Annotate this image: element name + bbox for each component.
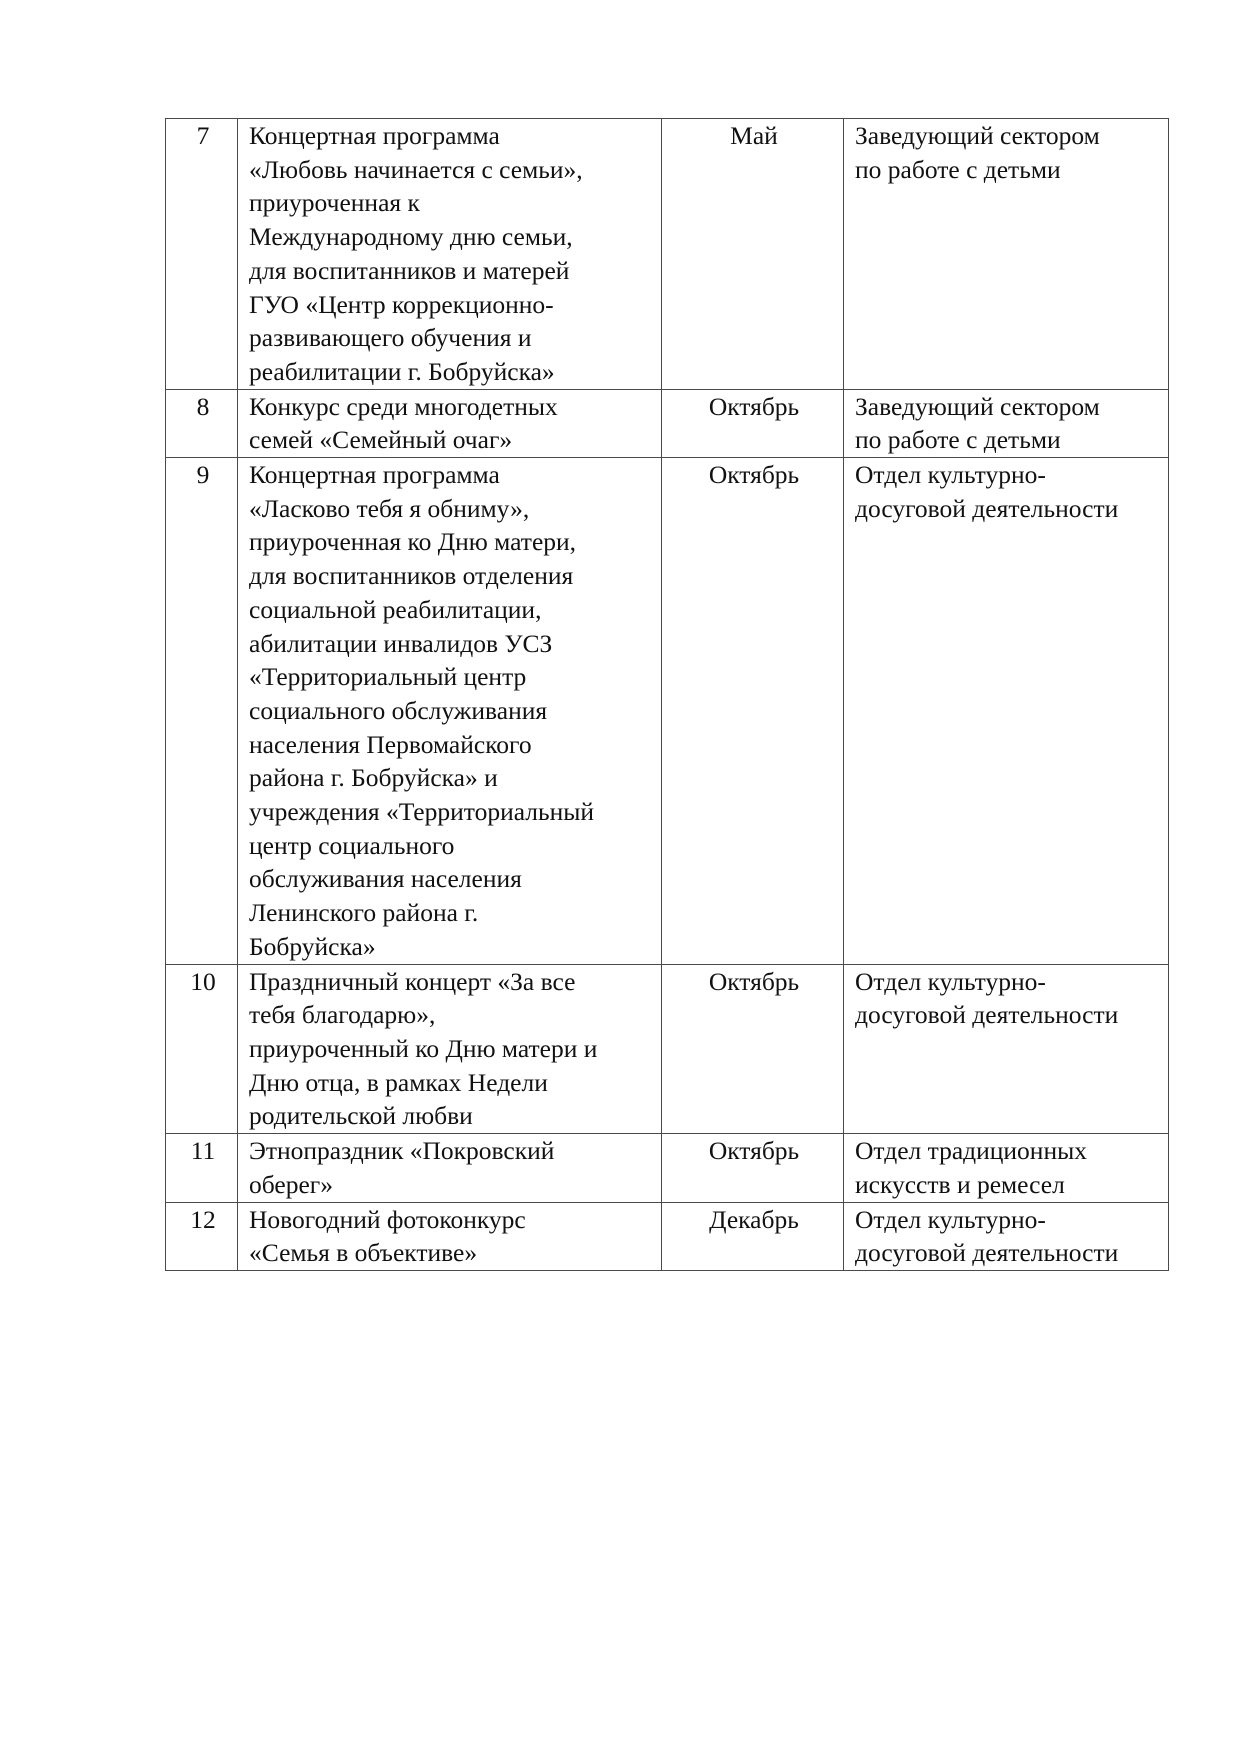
event-text-line: ГУО «Центр коррекционно- (249, 288, 653, 322)
event-date: Декабрь (662, 1202, 844, 1270)
row-number: 8 (166, 389, 238, 457)
event-date: Октябрь (662, 964, 844, 1134)
responsible-text-line: по работе с детьми (855, 423, 1160, 457)
event-text-line: социальной реабилитации, (249, 593, 653, 627)
responsible-text-line: по работе с детьми (855, 153, 1160, 187)
responsible-party: Отдел культурно-досуговой деятельности (844, 458, 1169, 965)
event-text-line: социального обслуживания (249, 694, 653, 728)
responsible-text-line: Заведующий сектором (855, 119, 1160, 153)
event-text-line: приуроченный ко Дню матери и (249, 1032, 653, 1066)
event-text-line: для воспитанников отделения (249, 559, 653, 593)
responsible-text-line: досуговой деятельности (855, 492, 1160, 526)
responsible-text-line: искусств и ремесел (855, 1168, 1160, 1202)
event-description: Новогодний фотоконкурс«Семья в объективе… (238, 1202, 662, 1270)
event-date: Октябрь (662, 1134, 844, 1202)
event-text-line: района г. Бобруйска» и (249, 761, 653, 795)
events-table: 7Концертная программа«Любовь начинается … (165, 118, 1169, 1271)
event-text-line: оберег» (249, 1168, 653, 1202)
event-description: Праздничный концерт «За всетебя благодар… (238, 964, 662, 1134)
event-text-line: «Семья в объективе» (249, 1236, 653, 1270)
events-table-body: 7Концертная программа«Любовь начинается … (166, 119, 1169, 1271)
event-description: Этнопраздник «Покровскийоберег» (238, 1134, 662, 1202)
row-number: 9 (166, 458, 238, 965)
event-text-line: семей «Семейный очаг» (249, 423, 653, 457)
event-text-line: центр социального (249, 829, 653, 863)
table-row: 12Новогодний фотоконкурс«Семья в объекти… (166, 1202, 1169, 1270)
row-number: 12 (166, 1202, 238, 1270)
responsible-party: Заведующий секторомпо работе с детьми (844, 389, 1169, 457)
responsible-party: Отдел традиционныхискусств и ремесел (844, 1134, 1169, 1202)
event-text-line: Концертная программа (249, 458, 653, 492)
event-text-line: «Территориальный центр (249, 660, 653, 694)
event-text-line: населения Первомайского (249, 728, 653, 762)
event-text-line: Международному дню семьи, (249, 220, 653, 254)
table-row: 9Концертная программа«Ласково тебя я обн… (166, 458, 1169, 965)
responsible-text-line: Отдел культурно- (855, 1203, 1160, 1237)
event-text-line: абилитации инвалидов УСЗ (249, 627, 653, 661)
responsible-text-line: Отдел культурно- (855, 458, 1160, 492)
responsible-text-line: досуговой деятельности (855, 1236, 1160, 1270)
responsible-text-line: досуговой деятельности (855, 998, 1160, 1032)
event-text-line: Концертная программа (249, 119, 653, 153)
event-text-line: развивающего обучения и (249, 321, 653, 355)
table-row: 10Праздничный концерт «За всетебя благод… (166, 964, 1169, 1134)
event-text-line: Бобруйска» (249, 930, 653, 964)
table-row: 7Концертная программа«Любовь начинается … (166, 119, 1169, 390)
event-description: Концертная программа«Ласково тебя я обни… (238, 458, 662, 965)
event-text-line: родительской любви (249, 1099, 653, 1133)
event-text-line: для воспитанников и матерей (249, 254, 653, 288)
event-text-line: Дню отца, в рамках Недели (249, 1066, 653, 1100)
event-text-line: «Ласково тебя я обниму», (249, 492, 653, 526)
event-text-line: учреждения «Территориальный (249, 795, 653, 829)
event-text-line: «Любовь начинается с семьи», (249, 153, 653, 187)
event-text-line: Праздничный концерт «За все (249, 965, 653, 999)
event-date: Октябрь (662, 458, 844, 965)
responsible-party: Отдел культурно-досуговой деятельности (844, 964, 1169, 1134)
event-text-line: Новогодний фотоконкурс (249, 1203, 653, 1237)
event-text-line: приуроченная к (249, 186, 653, 220)
event-text-line: Этнопраздник «Покровский (249, 1134, 653, 1168)
event-text-line: приуроченная ко Дню матери, (249, 525, 653, 559)
responsible-text-line: Отдел традиционных (855, 1134, 1160, 1168)
responsible-party: Заведующий секторомпо работе с детьми (844, 119, 1169, 390)
event-date: Май (662, 119, 844, 390)
responsible-text-line: Отдел культурно- (855, 965, 1160, 999)
event-text-line: тебя благодарю», (249, 998, 653, 1032)
responsible-party: Отдел культурно-досуговой деятельности (844, 1202, 1169, 1270)
event-date: Октябрь (662, 389, 844, 457)
event-text-line: реабилитации г. Бобруйска» (249, 355, 653, 389)
event-text-line: Конкурс среди многодетных (249, 390, 653, 424)
event-text-line: Ленинского района г. (249, 896, 653, 930)
event-text-line: обслуживания населения (249, 862, 653, 896)
event-description: Концертная программа«Любовь начинается с… (238, 119, 662, 390)
table-row: 11Этнопраздник «Покровскийоберег»Октябрь… (166, 1134, 1169, 1202)
row-number: 10 (166, 964, 238, 1134)
responsible-text-line: Заведующий сектором (855, 390, 1160, 424)
event-description: Конкурс среди многодетныхсемей «Семейный… (238, 389, 662, 457)
table-row: 8Конкурс среди многодетныхсемей «Семейны… (166, 389, 1169, 457)
document-page: 7Концертная программа«Любовь начинается … (0, 0, 1241, 1755)
row-number: 11 (166, 1134, 238, 1202)
row-number: 7 (166, 119, 238, 390)
